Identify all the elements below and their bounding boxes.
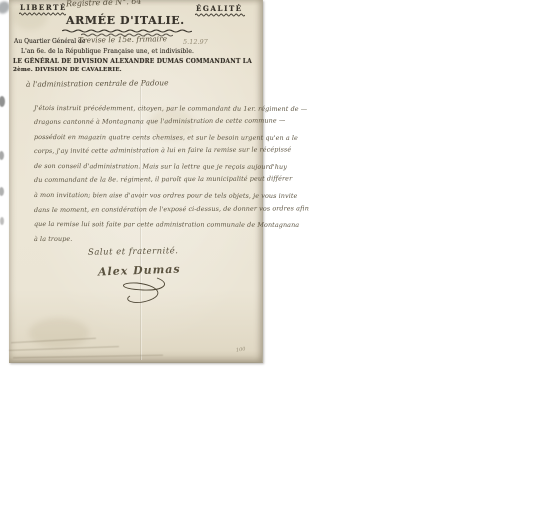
paper-crease (11, 338, 96, 343)
paper-crease (9, 346, 119, 351)
wavy-rule (195, 13, 245, 17)
scan-canvas: LIBERTÉ Registre de N°. 64 ÉGALITÉ ARMÉE… (0, 0, 540, 505)
body-line: de son conseil d'administration. Mais su… (34, 162, 287, 171)
body-line: à mon invitation; bien aise d'avoir vos … (34, 191, 297, 200)
body-line: que la remise lui soit faite par cette a… (34, 220, 299, 229)
hq-printed-line: Au Quartier Général de (14, 38, 85, 45)
body-line: du commandant de la 8e. régiment, il par… (34, 174, 292, 184)
hq-handwritten-place-date: Trevise le 15e. frimaire (78, 34, 167, 45)
closing-salutation: Salut et fraternité. (88, 246, 179, 258)
scan-smudge (0, 187, 4, 196)
scan-smudge (0, 217, 4, 225)
scan-smudge (0, 151, 4, 160)
body-line: J'étois instruit précédemment, citoyen, … (34, 104, 307, 113)
scan-smudge (0, 96, 5, 107)
letter-sheet: LIBERTÉ Registre de N°. 64 ÉGALITÉ ARMÉE… (9, 0, 263, 363)
wavy-rule (19, 12, 66, 16)
body-line: dans le moment, en considération de l'ex… (34, 204, 309, 214)
pencil-page-number: 100 (236, 346, 246, 353)
body-line: corps, j'ay invité cette administration … (34, 145, 291, 155)
body-line: à la troupe. (34, 235, 72, 243)
general-title-line2: 2ème. DIVISION DE CAVALERIE. (13, 67, 122, 73)
paper-stain (29, 318, 89, 348)
body-line: dragons cantonné à Montagnana que l'admi… (34, 116, 285, 126)
recipient-line: à l'administration centrale de Padoue (26, 78, 169, 88)
signature-flourish (101, 277, 177, 305)
pencil-date-annotation: 5.12.97 (183, 38, 208, 46)
liberte-label: LIBERTÉ (20, 3, 67, 12)
registry-annotation: Registre de N°. 64 (66, 0, 142, 8)
republic-line: L'an 6e. de la République Française une,… (21, 48, 194, 55)
body-line: possédoit en magazin quatre cents chemis… (34, 133, 298, 142)
general-title-line1: LE GÉNÉRAL DE DIVISION ALEXANDRE DUMAS C… (13, 58, 252, 65)
army-title: ARMÉE D'ITALIE. (66, 14, 185, 27)
egalite-label: ÉGALITÉ (196, 4, 243, 13)
